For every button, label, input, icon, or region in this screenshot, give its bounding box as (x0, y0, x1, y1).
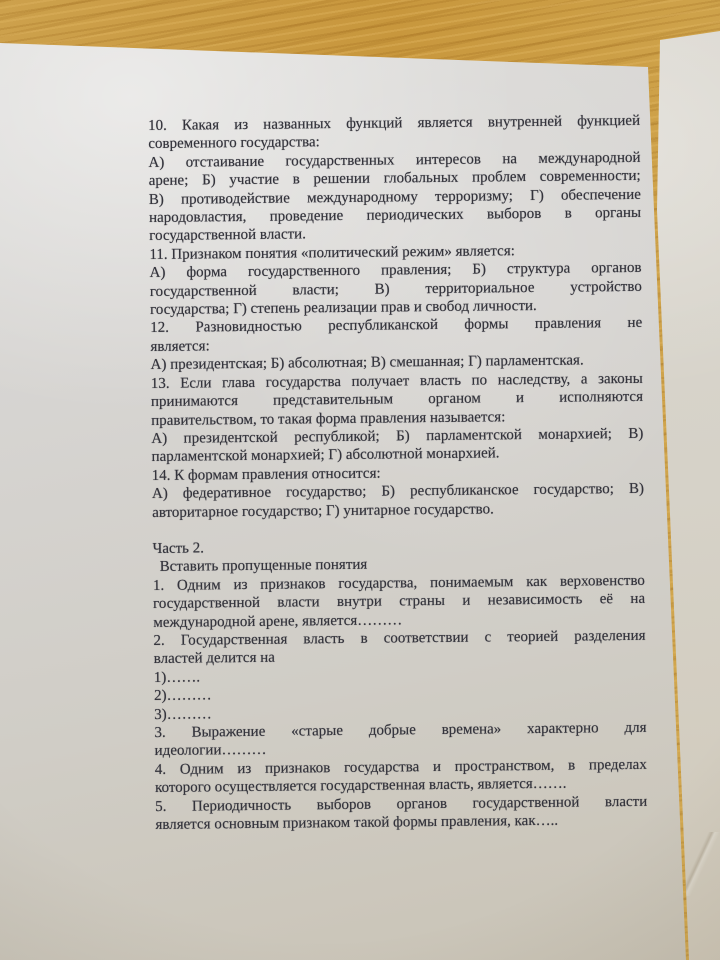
question-12: 12. Разновидностью республиканской формы… (150, 314, 643, 374)
question-14: 14. К формам правления относится: А) фед… (152, 462, 645, 522)
fill-item-1: 1. Одним из признаков государства, поним… (153, 572, 646, 632)
fill-item-4: 4. Одним из признаков государства и прос… (155, 756, 647, 798)
part2-section: Часть 2. Вставить пропущенные понятия 1.… (152, 535, 647, 835)
test-document-text: 10. Какая из названных функций является … (148, 112, 647, 835)
fill-item-3: 3. Выражение «старые добрые времена» хар… (154, 719, 646, 761)
fill-item-5: 5. Периодичность выборов органов государ… (155, 792, 647, 834)
question-10: 10. Какая из названных функций является … (148, 112, 641, 246)
fill-item-2: 2. Государственная власть в соответствии… (153, 627, 645, 669)
question-13: 13. Если глава государства получает влас… (151, 370, 644, 467)
question-11: 11. Признаком понятия «политический режи… (149, 241, 642, 320)
